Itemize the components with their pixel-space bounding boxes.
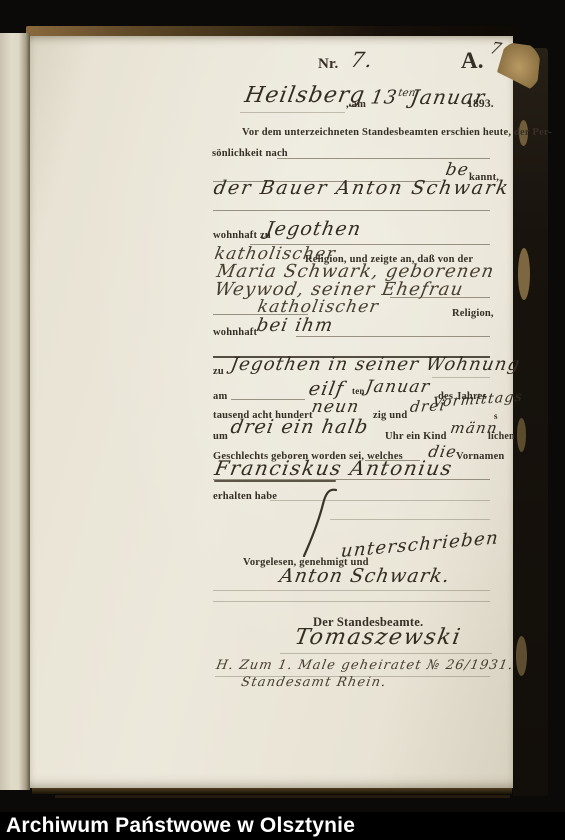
declarant-signature: Anton Schwark.: [278, 567, 452, 587]
dwelling-value: bei ihm: [255, 317, 335, 336]
scanned-register-page: Nr. 7. A. 7 Heilsberg , am 13ten Januar …: [0, 0, 565, 840]
day-value: 13: [369, 86, 399, 108]
ruled-line: [390, 297, 490, 298]
record-number-value: 7.: [349, 49, 375, 71]
date-am-label: am: [213, 391, 227, 403]
year-value: 1893.: [467, 98, 494, 111]
birthplace-zu: zu: [213, 366, 224, 378]
marginal-note-line-1: H. Zum 1. Male geheiratet № 26/1931.: [215, 659, 515, 673]
religion-2-printed: Religion,: [452, 308, 494, 320]
intro-line-1: Vor dem unterzeichneten Standesbeamten e…: [242, 127, 552, 139]
residence-value: Jegothen: [264, 220, 363, 240]
page-shadow: [55, 795, 510, 798]
ruled-line: [277, 158, 490, 159]
cover-wear-spot: [517, 418, 526, 452]
birthplace-value: Jegothen in seiner Wohnung: [229, 356, 522, 375]
declarant-name: der Bauer Anton Schwark: [212, 179, 511, 199]
year-decade-value: neun: [310, 399, 361, 417]
previous-page-edge: [0, 33, 30, 790]
dwelling-label: wohnhaft: [213, 327, 257, 339]
page-bottom-edge: [32, 788, 512, 794]
uhr-kind-label: Uhr ein Kind: [385, 431, 447, 443]
cover-wear-spot: [518, 248, 530, 300]
ruled-line: [296, 336, 490, 337]
day-suffix-printed: ten: [352, 387, 365, 397]
ruled-line: [213, 210, 490, 211]
registrar-signature: Tomaszewski: [293, 626, 463, 649]
archive-caption-bar: Archiwum Państwowe w Olsztynie: [0, 812, 565, 840]
ruled-line: [213, 601, 490, 602]
ruled-line: [280, 653, 492, 654]
ruled-line: [213, 479, 490, 480]
name-underline: [214, 480, 336, 482]
ruled-line: [330, 519, 490, 520]
cancel-stroke: [298, 486, 342, 560]
birth-month-value: Januar: [364, 379, 431, 397]
dateline-am: , am: [346, 99, 366, 111]
erhalten-habe-label: erhalten habe: [213, 491, 277, 503]
cover-wear-spot: [516, 636, 527, 676]
vornamen-label: Vornamen: [456, 451, 504, 463]
ruled-line: [213, 590, 490, 591]
child-names: Franciskus Antonius: [213, 458, 455, 479]
ruled-line: [432, 377, 490, 378]
lichen-label: lichen: [488, 431, 515, 442]
time-um-label: um: [213, 431, 228, 443]
residence-label: wohnhaft zu: [213, 230, 271, 242]
zig-und-label: zig und: [373, 410, 407, 422]
marginal-note-line-2: Standesamt Rhein.: [240, 676, 388, 690]
time-value: drei ein halb: [229, 418, 370, 438]
record-number-label: Nr.: [318, 56, 338, 73]
series-letter: A.: [461, 48, 484, 73]
archive-caption-text: Archiwum Państwowe w Olsztynie: [6, 814, 355, 838]
ruled-line: [231, 399, 305, 400]
